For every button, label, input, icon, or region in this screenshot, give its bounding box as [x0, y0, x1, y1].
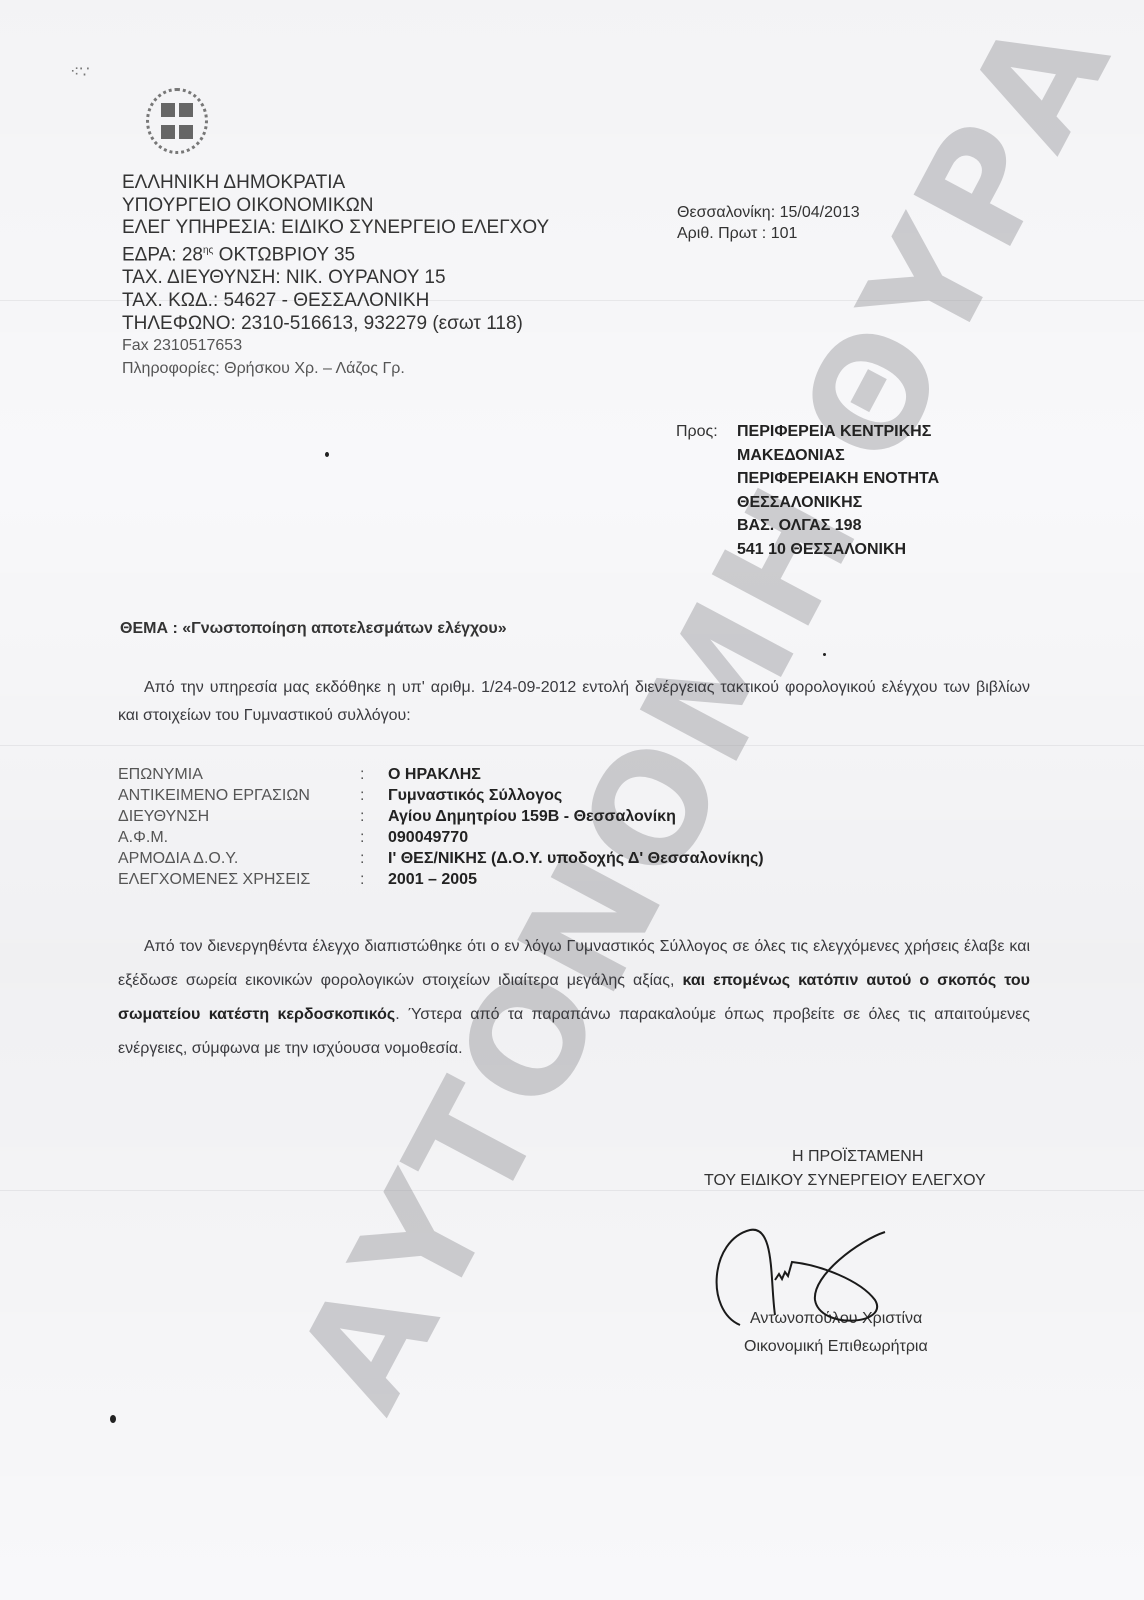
recipient-line: ΠΕΡΙΦΕΡΕΙΑΚΗ ΕΝΟΤΗΤΑ — [737, 467, 939, 491]
header-line: Πληροφορίες: Θρήσκου Χρ. – Λάζος Γρ. — [122, 358, 549, 381]
recipient-line: 541 10 ΘΕΣΣΑΛΟΝΙΚΗ — [737, 538, 939, 562]
date-line: Θεσσαλονίκη: 15/04/2013 — [677, 202, 860, 223]
date-block: Θεσσαλονίκη: 15/04/2013 Αριθ. Πρωτ : 101 — [677, 202, 860, 244]
header-line: ΤΗΛΕΦΩΝΟ: 2310-516613, 932279 (εσωτ 118) — [122, 313, 549, 336]
findings-paragraph: Από τον διενεργηθέντα έλεγχο διαπιστώθηκ… — [118, 930, 1030, 1066]
header-line: Fax 2310517653 — [122, 335, 549, 358]
header-line: ΤΑΧ. ΚΩΔ.: 54627 - ΘΕΣΣΑΛΟΝΙΚΗ — [122, 290, 549, 313]
signatory-title: Η ΠΡΟΪΣΤΑΜΕΝΗ — [792, 1148, 923, 1166]
paper-fold — [0, 745, 1144, 746]
header-line: ΕΔΡΑ: 28ης ΟΚΤΩΒΡΙΟΥ 35 — [122, 240, 549, 267]
detail-row: ΑΡΜΟΔΙΑ Δ.Ο.Υ.:Ι' ΘΕΣ/ΝΙΚΗΣ (Δ.Ο.Υ. υποδ… — [118, 848, 764, 869]
detail-row: Α.Φ.Μ.:090049770 — [118, 827, 764, 848]
header-line: ΤΑΧ. ΔΙΕΥΘΥΝΣΗ: ΝΙΚ. ΟΥΡΑΝΟΥ 15 — [122, 267, 549, 290]
document-page: ΑΥΤΟΝΟΜΗ ΘΥΡΑ 10 ⁖∵ ΕΛΛΗΝΙΚΗ ΔΗΜΟΚΡΑΤΙΑ … — [0, 0, 1144, 1600]
details-table: ΕΠΩΝΥΜΙΑ:Ο ΗΡΑΚΛΗΣ ΑΝΤΙΚΕΙΜΕΝΟ ΕΡΓΑΣΙΩΝ:… — [118, 764, 764, 890]
speck — [823, 653, 826, 656]
detail-row: ΕΛΕΓΧΟΜΕΝΕΣ ΧΡΗΣΕΙΣ:2001 – 2005 — [118, 869, 764, 890]
header-line: ΕΛΛΗΝΙΚΗ ΔΗΜΟΚΡΑΤΙΑ — [122, 172, 549, 195]
scan-mark: ⁖∵ — [70, 62, 90, 82]
protocol-number: Αριθ. Πρωτ : 101 — [677, 223, 860, 244]
recipient-line: ΜΑΚΕΔΟΝΙΑΣ — [737, 444, 939, 468]
signatory-department: ΤΟΥ ΕΙΔΙΚΟΥ ΣΥΝΕΡΓΕΙΟΥ ΕΛΕΓΧΟΥ — [704, 1172, 986, 1190]
speck — [110, 1415, 116, 1423]
header-line: ΥΠΟΥΡΓΕΙΟ ΟΙΚΟΝΟΜΙΚΩΝ — [122, 195, 549, 218]
recipient-line: ΠΕΡΙΦΕΡΕΙΑ ΚΕΝΤΡΙΚΗΣ — [737, 420, 939, 444]
detail-row: ΑΝΤΙΚΕΙΜΕΝΟ ΕΡΓΑΣΙΩΝ:Γυμναστικός Σύλλογο… — [118, 785, 764, 806]
handwritten-signature-icon — [700, 1220, 1000, 1330]
detail-row: ΔΙΕΥΘΥΝΣΗ:Αγίου Δημητρίου 159Β - Θεσσαλο… — [118, 806, 764, 827]
subject-line: ΘΕΜΑ : «Γνωστοποίηση αποτελεσμάτων ελέγχ… — [120, 620, 507, 638]
intro-paragraph: Από την υπηρεσία μας εκδόθηκε η υπ' αριθ… — [118, 674, 1030, 730]
recipient-line: ΒΑΣ. ΟΛΓΑΣ 198 — [737, 514, 939, 538]
paper-fold — [0, 1190, 1144, 1191]
greek-emblem-icon — [146, 88, 208, 154]
recipient-label: Προς: — [676, 420, 718, 444]
header-line: ΕΛΕΓ ΥΠΗΡΕΣΙΑ: ΕΙΔΙΚΟ ΣΥΝΕΡΓΕΙΟ ΕΛΕΓΧΟΥ — [122, 217, 549, 240]
letterhead: ΕΛΛΗΝΙΚΗ ΔΗΜΟΚΡΑΤΙΑ ΥΠΟΥΡΓΕΙΟ ΟΙΚΟΝΟΜΙΚΩ… — [122, 172, 549, 381]
detail-row: ΕΠΩΝΥΜΙΑ:Ο ΗΡΑΚΛΗΣ — [118, 764, 764, 785]
signatory-role: Οικονομική Επιθεωρήτρια — [744, 1338, 928, 1356]
recipient-line: ΘΕΣΣΑΛΟΝΙΚΗΣ — [737, 491, 939, 515]
speck — [325, 452, 329, 457]
